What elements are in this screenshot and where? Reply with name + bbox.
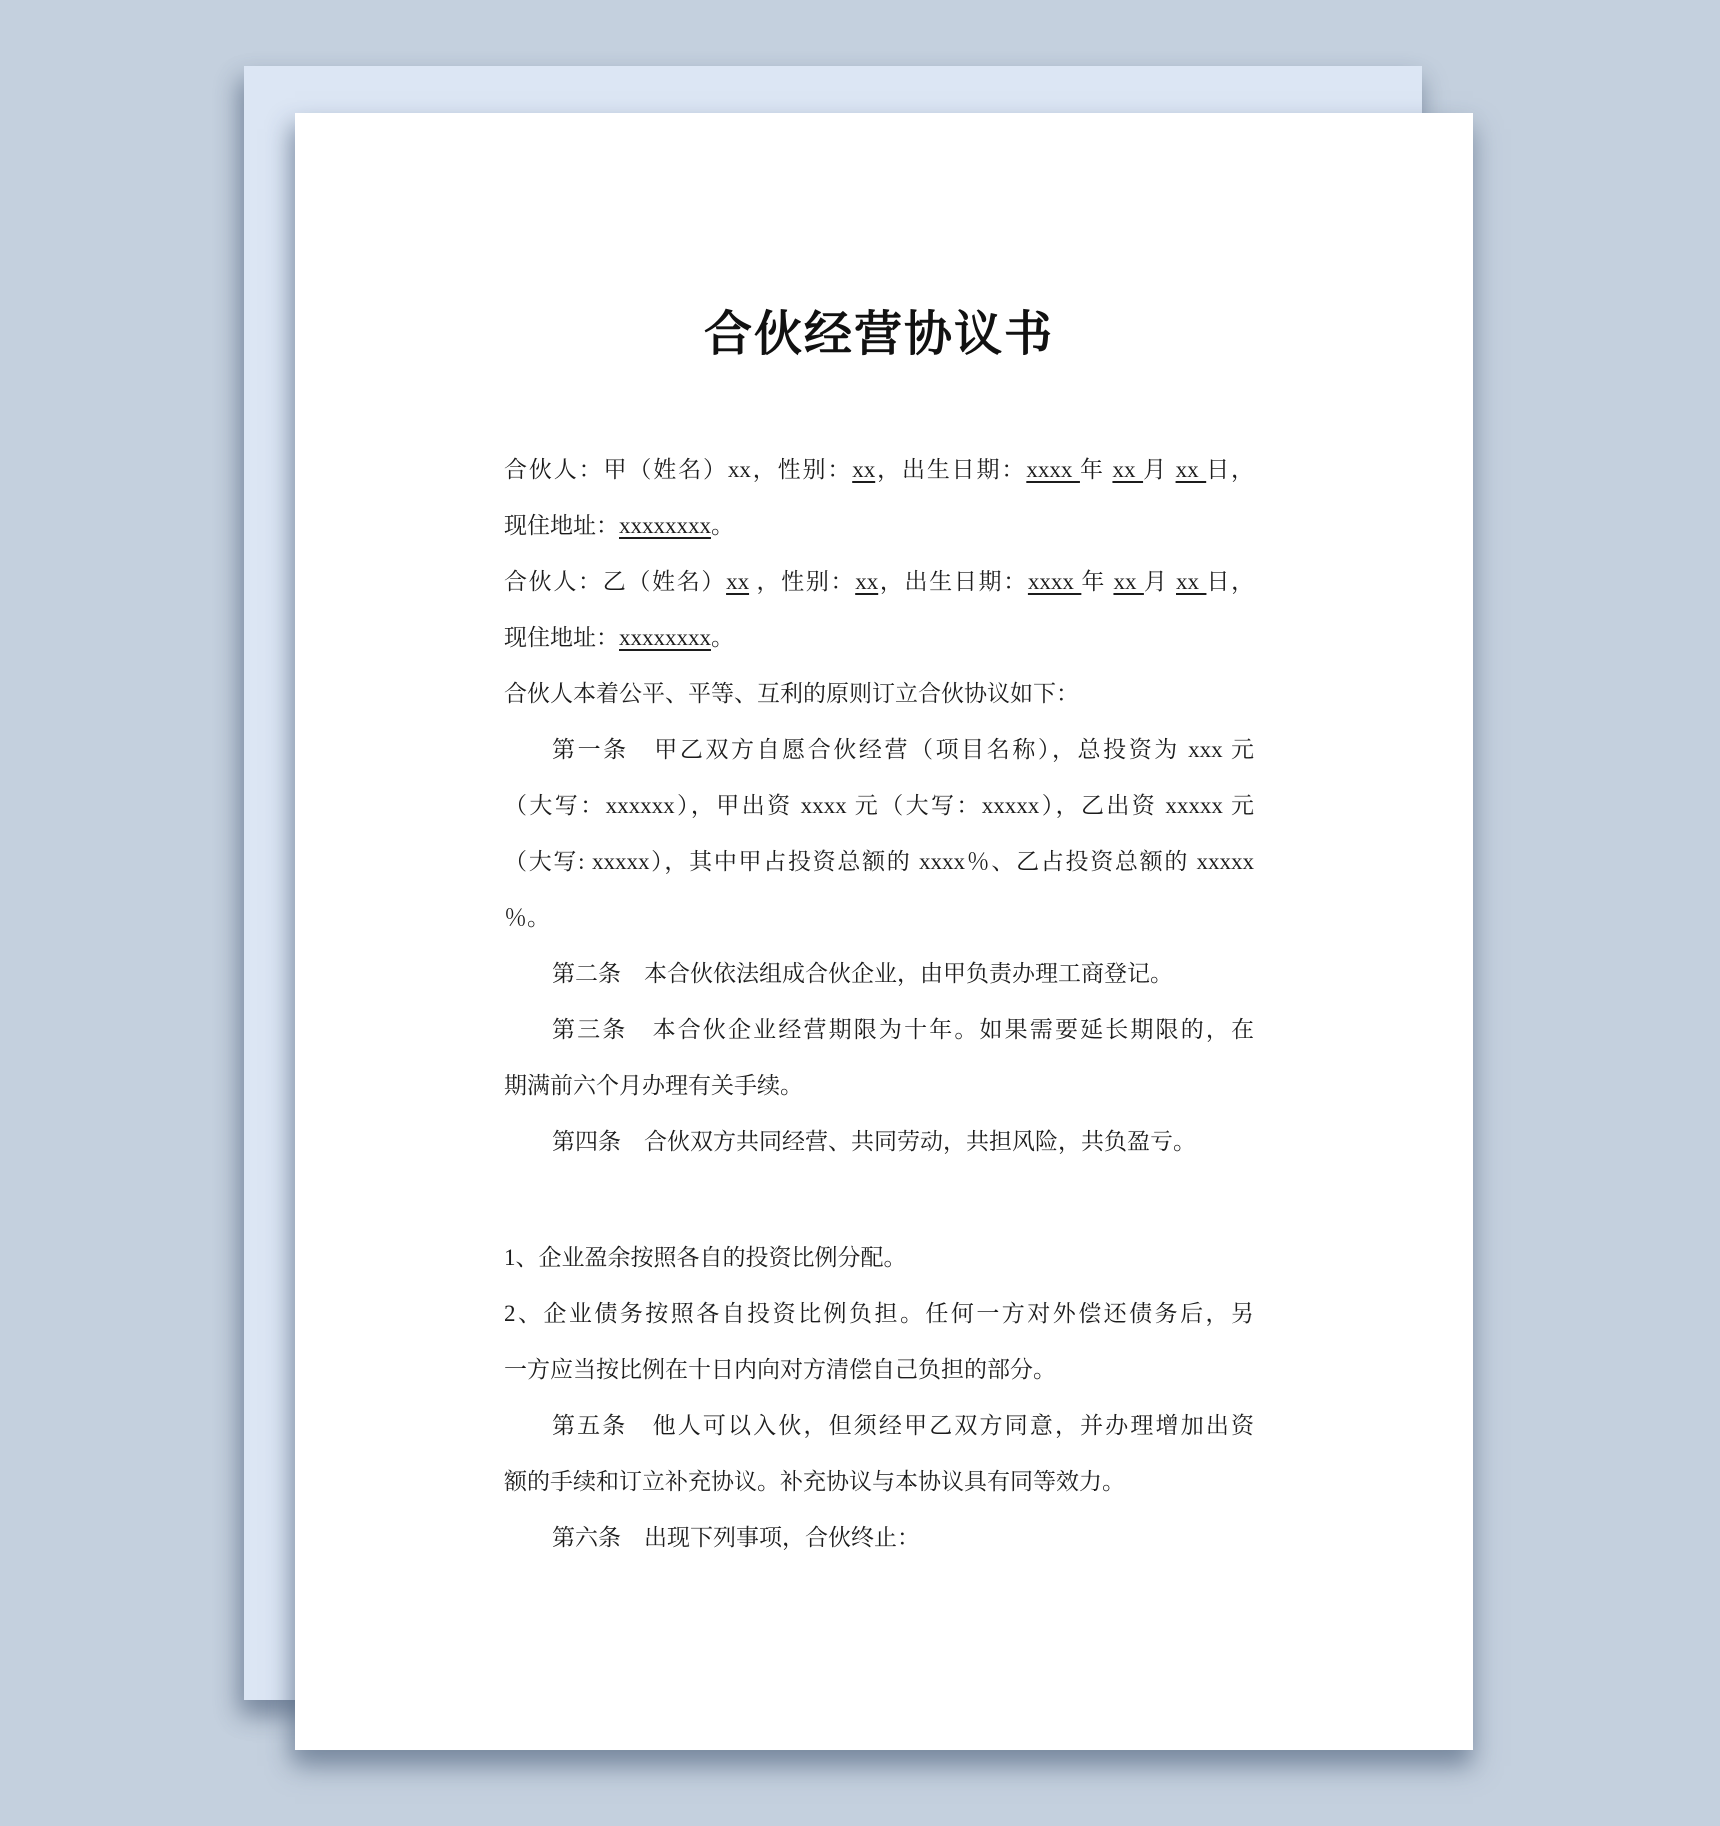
document-line: （大写：xxxxxx），甲出资 xxxx 元（大写：xxxxx），乙出资 xxx… [504, 778, 1254, 834]
blank-line [504, 1170, 1254, 1230]
document-line: 第六条 出现下列事项，合伙终止： [504, 1510, 1254, 1566]
document-body: 合伙人：甲（姓名）xx，性别：xx，出生日期：xxxx 年 xx 月 xx 日，… [504, 442, 1254, 1566]
document-line: 现住地址：xxxxxxxx。 [504, 498, 1254, 554]
document-line: 一方应当按比例在十日内向对方清偿自己负担的部分。 [504, 1342, 1254, 1398]
document-line: 第四条 合伙双方共同经营、共同劳动，共担风险，共负盈亏。 [504, 1114, 1254, 1170]
document-line: （大写: xxxxx），其中甲占投资总额的 xxxx％、乙占投资总额的 xxxx… [504, 834, 1254, 890]
document-line: 第二条 本合伙依法组成合伙企业，由甲负责办理工商登记。 [504, 946, 1254, 1002]
document-line: 现住地址：xxxxxxxx。 [504, 610, 1254, 666]
document-line: 合伙人本着公平、平等、互利的原则订立合伙协议如下： [504, 666, 1254, 722]
document-line: 合伙人：乙（姓名）xx ，性别：xx，出生日期：xxxx 年 xx 月 xx 日… [504, 554, 1254, 610]
document-line: 合伙人：甲（姓名）xx，性别：xx，出生日期：xxxx 年 xx 月 xx 日， [504, 442, 1254, 498]
document-page: 合伙经营协议书 合伙人：甲（姓名）xx，性别：xx，出生日期：xxxx 年 xx… [295, 113, 1473, 1750]
document-line: 第一条 甲乙双方自愿合伙经营（项目名称），总投资为 xxx 元 [504, 722, 1254, 778]
document-line: 第三条 本合伙企业经营期限为十年。如果需要延长期限的，在 [504, 1002, 1254, 1058]
page-background: 合伙经营协议书 合伙人：甲（姓名）xx，性别：xx，出生日期：xxxx 年 xx… [0, 0, 1720, 1826]
document-line: ％。 [504, 890, 1254, 946]
document-title: 合伙经营协议书 [504, 300, 1254, 370]
document-line: 额的手续和订立补充协议。补充协议与本协议具有同等效力。 [504, 1454, 1254, 1510]
document-line: 2、企业债务按照各自投资比例负担。任何一方对外偿还债务后，另 [504, 1286, 1254, 1342]
document-line: 第五条 他人可以入伙，但须经甲乙双方同意，并办理增加出资 [504, 1398, 1254, 1454]
document-line: 期满前六个月办理有关手续。 [504, 1058, 1254, 1114]
document-line: 1、企业盈余按照各自的投资比例分配。 [504, 1230, 1254, 1286]
